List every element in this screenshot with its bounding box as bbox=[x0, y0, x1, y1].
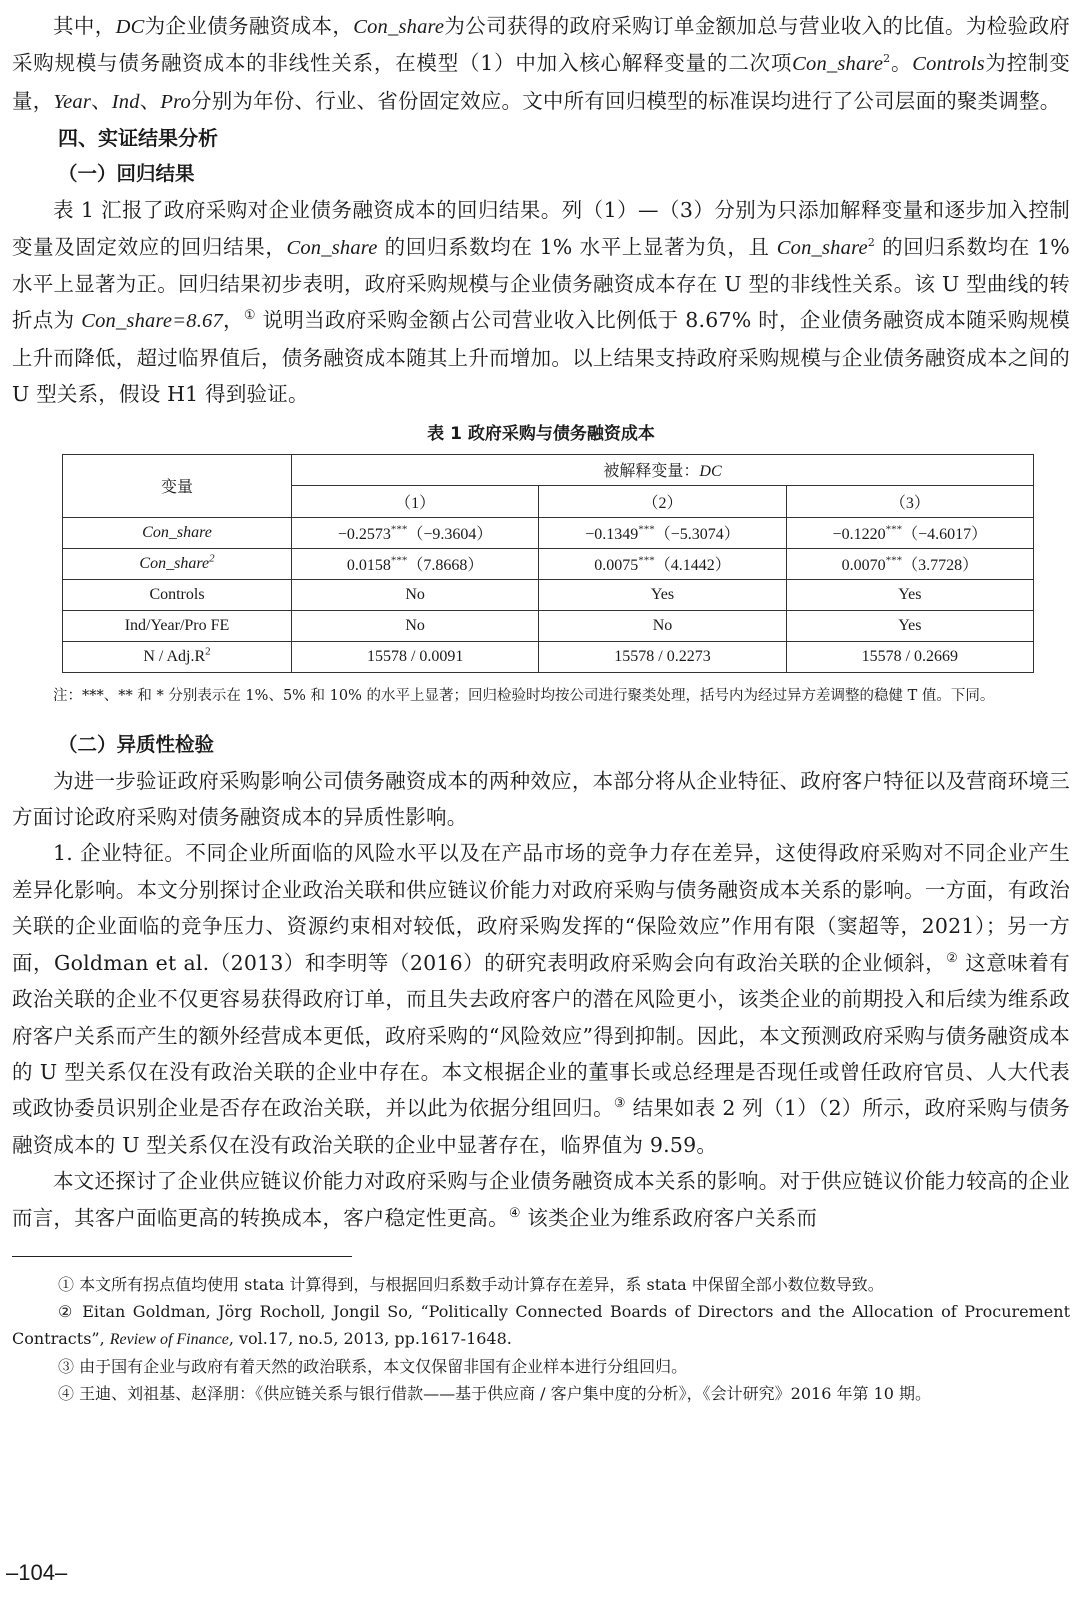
var-con-share: Con_share bbox=[286, 237, 377, 259]
cell: Yes bbox=[786, 579, 1033, 610]
subsection-heading: （一）回归结果 bbox=[12, 156, 1070, 192]
footnote-separator bbox=[12, 1256, 352, 1257]
text: 该类企业为维系政府客户关系而 bbox=[521, 1206, 818, 1230]
footnote-ref-4[interactable]: ④ bbox=[509, 1206, 521, 1221]
coef: 0.0158 bbox=[347, 557, 391, 574]
header-variable: 变量 bbox=[63, 454, 292, 517]
cell: 0.0070***（3.7728） bbox=[786, 548, 1033, 579]
results-paragraph: 表 1 汇报了政府采购对企业债务融资成本的回归结果。列（1）—（3）分别为只添加… bbox=[12, 192, 1070, 412]
superscript: 2 bbox=[868, 236, 875, 249]
superscript: 2 bbox=[209, 552, 215, 564]
var-pro: Pro bbox=[160, 91, 191, 113]
coef: 0.0070 bbox=[842, 557, 886, 574]
stars: *** bbox=[391, 524, 408, 536]
var-dc: DC bbox=[116, 16, 145, 38]
stars: *** bbox=[886, 524, 903, 536]
cell: No bbox=[292, 610, 539, 641]
var-con-share-sq: Con_share bbox=[792, 53, 883, 75]
t-value: （−5.3074） bbox=[655, 526, 740, 543]
footnote-ref-3[interactable]: ③ bbox=[614, 1096, 626, 1111]
t-value: （−4.6017） bbox=[902, 526, 987, 543]
table-row: Con_share2 0.0158***（7.8668） 0.0075***（4… bbox=[63, 548, 1034, 579]
text: 。 bbox=[890, 51, 912, 75]
page-number: –104– bbox=[6, 1560, 67, 1586]
text: 为企业债务融资成本， bbox=[144, 14, 353, 38]
row-label: Con_share bbox=[63, 517, 292, 548]
text: , vol.17, no.5, 2013, pp.1617-1648. bbox=[229, 1329, 512, 1348]
coef: −0.1220 bbox=[833, 526, 886, 543]
cell: 0.0158***（7.8668） bbox=[292, 548, 539, 579]
text: N / Adj.R bbox=[143, 648, 205, 665]
footnote-ref-2[interactable]: ② bbox=[946, 951, 958, 966]
cell: −0.1349***（−5.3074） bbox=[539, 517, 786, 548]
row-label: Ind/Year/Pro FE bbox=[63, 610, 292, 641]
stars: *** bbox=[886, 555, 903, 567]
t-value: （7.8668） bbox=[407, 557, 483, 574]
footnote-3: ③ 由于国有企业与政府有着天然的政治联系，本文仅保留非国有企业样本进行分组回归。 bbox=[12, 1353, 1070, 1380]
paper-page: 其中，DC为企业债务融资成本，Con_share为公司获得的政府采购订单金额加总… bbox=[12, 0, 1070, 1407]
t-value: （4.1442） bbox=[655, 557, 731, 574]
journal-name: Review of Finance bbox=[110, 1331, 229, 1348]
table-row: N / Adj.R2 15578 / 0.0091 15578 / 0.2273… bbox=[63, 641, 1034, 672]
table-header-row: 变量 被解释变量：DC bbox=[63, 454, 1034, 486]
t-value: （−9.3604） bbox=[407, 526, 492, 543]
heterogeneity-intro: 为进一步验证政府采购影响公司债务融资成本的两种效应，本部分将从企业特征、政府客户… bbox=[12, 763, 1070, 836]
text: 、 bbox=[140, 89, 161, 113]
cell: Yes bbox=[539, 579, 786, 610]
text: 1. 企业特征。不同企业所面临的风险水平以及在产品市场的竞争力存在差异，这使得政… bbox=[12, 841, 1070, 974]
var-controls: Controls bbox=[912, 53, 985, 75]
table-row: Ind/Year/Pro FE No No Yes bbox=[63, 610, 1034, 641]
cell: No bbox=[539, 610, 786, 641]
supply-chain-paragraph: 本文还探讨了企业供应链议价能力对政府采购与企业债务融资成本关系的影响。对于供应链… bbox=[12, 1163, 1070, 1236]
cell: 15578 / 0.2669 bbox=[786, 641, 1033, 672]
cell: No bbox=[292, 579, 539, 610]
table-title: 表 1 政府采购与债务融资成本 bbox=[12, 419, 1070, 444]
footnote-4: ④ 王迪、刘祖基、赵泽朋：《供应链关系与银行借款——基于供应商 / 客户集中度的… bbox=[12, 1380, 1070, 1407]
regression-table: 变量 被解释变量：DC （1） （2） （3） Con_share −0.257… bbox=[62, 454, 1034, 673]
footnote-ref-1[interactable]: ① bbox=[244, 309, 256, 324]
table-note: 注：***、** 和 * 分别表示在 1%、5% 和 10% 的水平上显著；回归… bbox=[12, 685, 1070, 707]
text: 的回归系数均在 1% 水平上显著为负，且 bbox=[378, 235, 777, 259]
text: Con_share bbox=[139, 555, 209, 572]
stars: *** bbox=[638, 524, 655, 536]
table-row: Con_share −0.2573***（−9.3604） −0.1349***… bbox=[63, 517, 1034, 548]
text: 分别为年份、行业、省份固定效应。文中所有回归模型的标准误均进行了公司层面的聚类调… bbox=[191, 89, 1060, 113]
cell: −0.1220***（−4.6017） bbox=[786, 517, 1033, 548]
stars: *** bbox=[391, 555, 408, 567]
text: ， bbox=[223, 308, 244, 332]
text: 其中， bbox=[53, 14, 116, 38]
turning-point: Con_share=8.67 bbox=[81, 310, 223, 332]
text: Con_share bbox=[142, 524, 212, 541]
text: 这意味着有政治关联的企业不仅更容易获得政府订单，而且失去政府客户的潜在风险更小，… bbox=[12, 951, 1070, 1121]
superscript: 2 bbox=[205, 645, 211, 657]
column-3: （3） bbox=[786, 486, 1033, 518]
row-label: Con_share2 bbox=[63, 548, 292, 579]
cell: Yes bbox=[786, 610, 1033, 641]
cell: 0.0075***（4.1442） bbox=[539, 548, 786, 579]
cell: 15578 / 0.2273 bbox=[539, 641, 786, 672]
row-label: Controls bbox=[63, 579, 292, 610]
column-2: （2） bbox=[539, 486, 786, 518]
var-con-share-sq: Con_share bbox=[777, 237, 868, 259]
header-dependent: 被解释变量：DC bbox=[292, 454, 1034, 486]
column-1: （1） bbox=[292, 486, 539, 518]
cell: −0.2573***（−9.3604） bbox=[292, 517, 539, 548]
t-value: （3.7728） bbox=[902, 557, 978, 574]
table-row: Controls No Yes Yes bbox=[63, 579, 1034, 610]
footnote-1: ① 本文所有拐点值均使用 stata 计算得到，与根据回归系数手动计算存在差异，… bbox=[12, 1271, 1070, 1298]
cell: 15578 / 0.0091 bbox=[292, 641, 539, 672]
row-label: N / Adj.R2 bbox=[63, 641, 292, 672]
var-year: Year bbox=[53, 91, 91, 113]
coef: −0.2573 bbox=[338, 526, 391, 543]
intro-paragraph: 其中，DC为企业债务融资成本，Con_share为公司获得的政府采购订单金额加总… bbox=[12, 8, 1070, 120]
text: 被解释变量： bbox=[603, 463, 699, 480]
var-con-share: Con_share bbox=[353, 16, 444, 38]
firm-characteristics-paragraph: 1. 企业特征。不同企业所面临的风险水平以及在产品市场的竞争力存在差异，这使得政… bbox=[12, 835, 1070, 1163]
text: 、 bbox=[91, 89, 112, 113]
var-ind: Ind bbox=[112, 91, 140, 113]
coef: 0.0075 bbox=[594, 557, 638, 574]
subsection-heading: （二）异质性检验 bbox=[12, 727, 1070, 763]
stars: *** bbox=[638, 555, 655, 567]
footnote-2: ② Eitan Goldman, Jörg Rocholl, Jongil So… bbox=[12, 1298, 1070, 1353]
var-dc: DC bbox=[699, 463, 721, 480]
coef: −0.1349 bbox=[585, 526, 638, 543]
section-heading: 四、实证结果分析 bbox=[12, 120, 1070, 156]
